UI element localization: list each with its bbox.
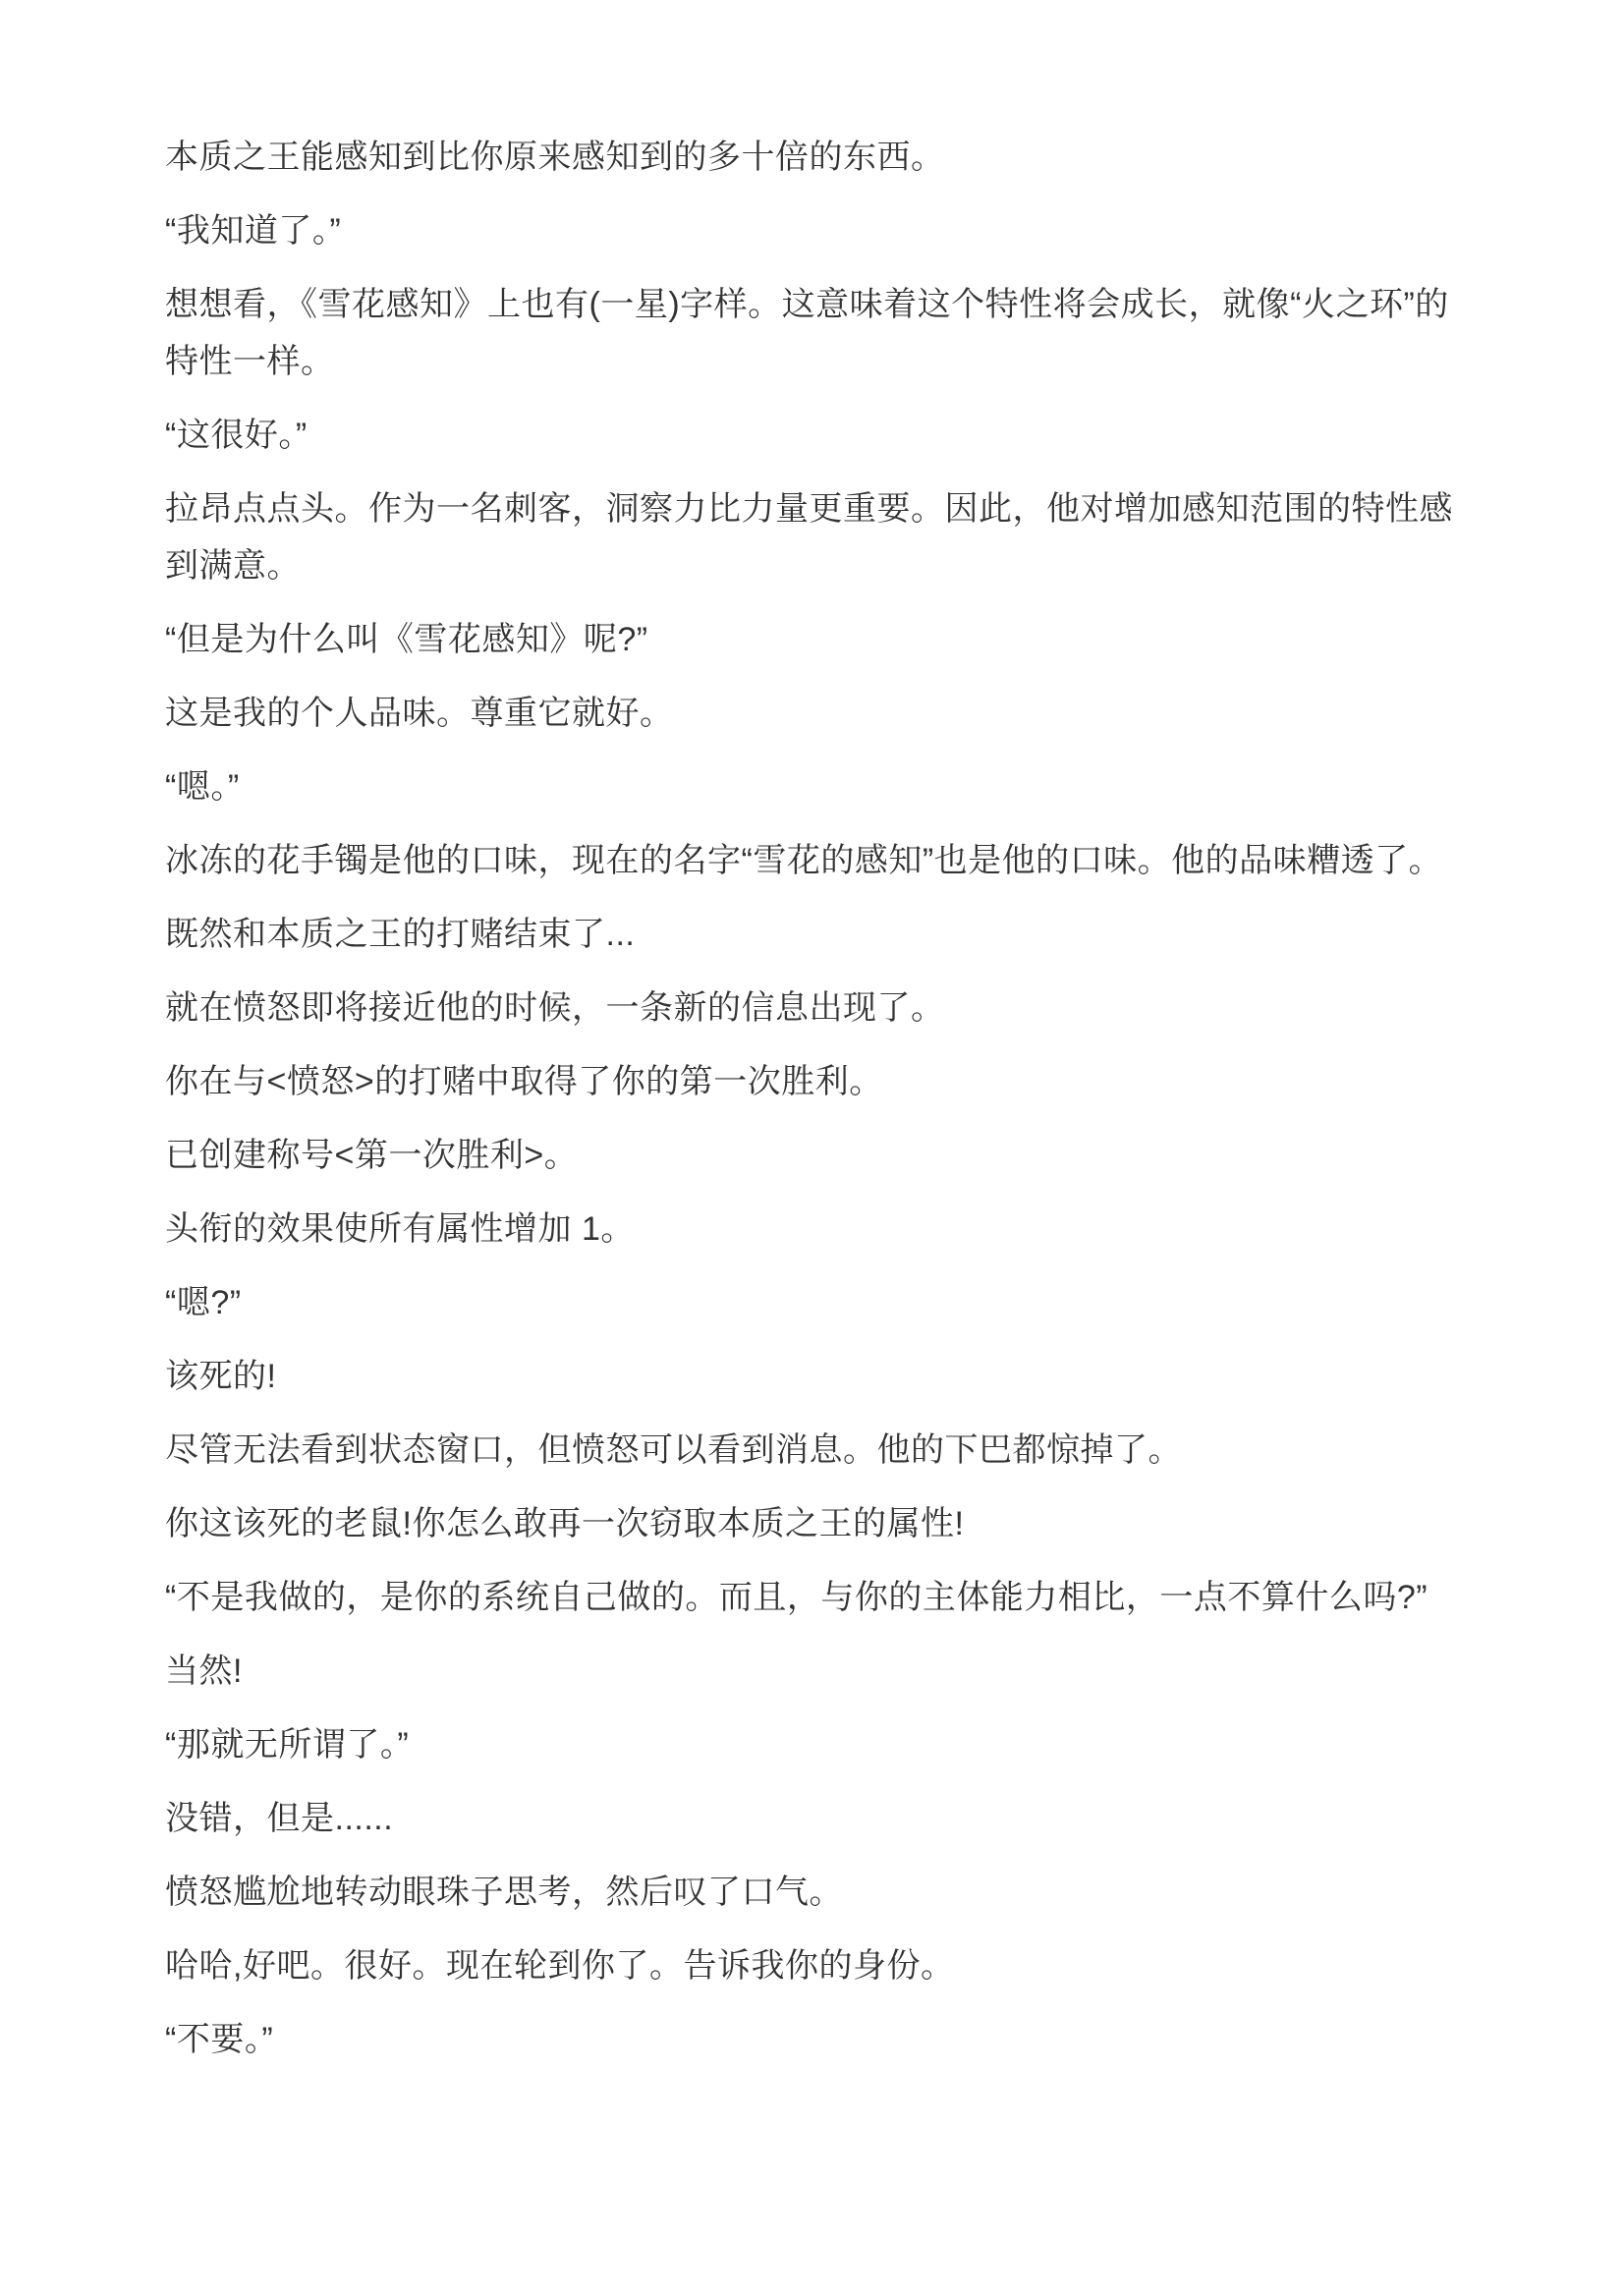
paragraph: 想想看，《雪花感知》上也有(一星)字样。这意味着这个特性将会成长，就像“火之环”… — [165, 276, 1462, 390]
paragraph: 本质之王能感知到比你原来感知到的多十倍的东西。 — [165, 129, 1462, 186]
paragraph: 当然! — [165, 1643, 1462, 1700]
paragraph: 愤怒尴尬地转动眼珠子思考，然后叹了口气。 — [165, 1864, 1462, 1921]
paragraph: “不要。” — [165, 2011, 1462, 2068]
paragraph: 你这该死的老鼠!你怎么敢再一次窃取本质之王的属性! — [165, 1495, 1462, 1552]
paragraph: “我知道了。” — [165, 202, 1462, 259]
paragraph: “不是我做的，是你的系统自己做的。而且，与你的主体能力相比，一点不算什么吗?” — [165, 1569, 1462, 1626]
paragraph: 哈哈,好吧。很好。现在轮到你了。告诉我你的身份。 — [165, 1937, 1462, 1994]
paragraph: 就在愤怒即将接近他的时候，一条新的信息出现了。 — [165, 980, 1462, 1036]
paragraph: “但是为什么叫《雪花感知》呢?” — [165, 611, 1462, 668]
paragraph: 该死的! — [165, 1348, 1462, 1405]
paragraph: 这是我的个人品味。尊重它就好。 — [165, 685, 1462, 742]
paragraph: 没错，但是...... — [165, 1790, 1462, 1847]
paragraph: 拉昂点点头。作为一名刺客，洞察力比力量更重要。因此，他对增加感知范围的特性感到满… — [165, 480, 1462, 594]
paragraph: “这很好。” — [165, 407, 1462, 464]
document-page: 本质之王能感知到比你原来感知到的多十倍的东西。“我知道了。”想想看，《雪花感知》… — [0, 0, 1624, 2296]
paragraph: 尽管无法看到状态窗口，但愤怒可以看到消息。他的下巴都惊掉了。 — [165, 1422, 1462, 1479]
paragraph: 冰冻的花手镯是他的口味，现在的名字“雪花的感知”也是他的口味。他的品味糟透了。 — [165, 832, 1462, 889]
paragraph: “嗯。” — [165, 758, 1462, 815]
paragraph: 已创建称号<第一次胜利>。 — [165, 1127, 1462, 1184]
paragraph: 头衔的效果使所有属性增加 1。 — [165, 1201, 1462, 1258]
novel-text-content: 本质之王能感知到比你原来感知到的多十倍的东西。“我知道了。”想想看，《雪花感知》… — [165, 129, 1462, 2068]
paragraph: “嗯?” — [165, 1274, 1462, 1331]
paragraph: 既然和本质之王的打赌结束了... — [165, 906, 1462, 963]
paragraph: 你在与<愤怒>的打赌中取得了你的第一次胜利。 — [165, 1053, 1462, 1110]
paragraph: “那就无所谓了。” — [165, 1716, 1462, 1773]
